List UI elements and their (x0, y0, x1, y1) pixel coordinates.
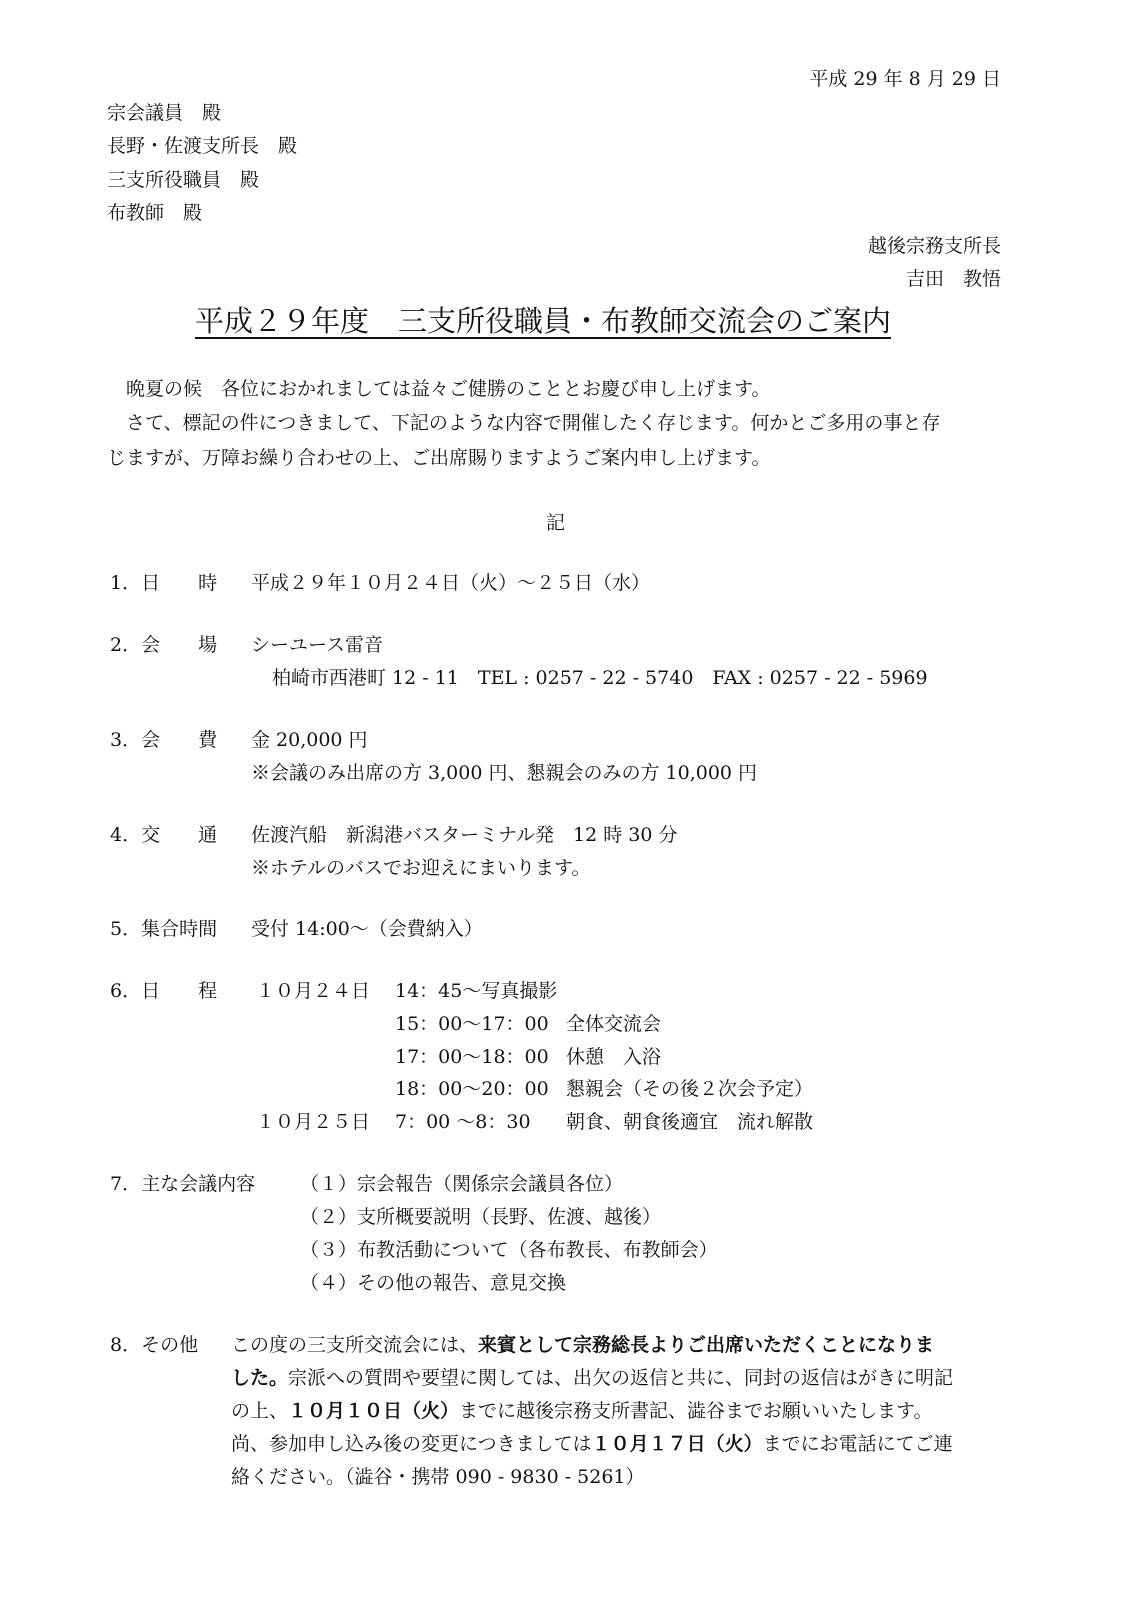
other-text: の上、 (231, 1400, 288, 1422)
other-line: の上、１０月１０日（火）までに越後宗務支所書記、澁谷までお願いいたします。 (231, 1402, 933, 1421)
other-emphasis: した。 (231, 1367, 288, 1389)
other-text: この度の三支所交流会には、 (231, 1334, 478, 1356)
sender-name: 吉田 教悟 (906, 270, 1001, 289)
item-label: 8．その他 (110, 1336, 198, 1355)
schedule-day: １０月２５日 (256, 1113, 370, 1132)
recipient: 三支所役職員 殿 (107, 171, 259, 190)
agenda-item: （１）宗会報告（関係宗会議員各位） (300, 1175, 623, 1194)
item-value: 佐渡汽船 新潟港バスターミナル発 12 時 30 分 (251, 826, 678, 845)
schedule-time: 18：00～20：00 (395, 1080, 549, 1099)
other-line: 尚、参加申し込み後の変更につきましては１０月１７日（火）までにお電話にてご連 (231, 1435, 953, 1454)
item-value: シーユース雷音 (251, 636, 383, 655)
other-text: までに越後宗務支所書記、澁谷までお願いいたします。 (459, 1400, 932, 1422)
item-label: 7．主な会議内容 (110, 1175, 255, 1194)
schedule-event: 朝食、朝食後適宜 流れ解散 (566, 1113, 813, 1132)
agenda-item: （２）支所概要説明（長野、佐渡、越後） (300, 1208, 661, 1227)
item-label: 2．会 場 (110, 636, 217, 655)
recipient: 布教師 殿 (107, 204, 202, 223)
schedule-event: 全体交流会 (566, 1015, 661, 1034)
letter-date: 平成 29 年 8 月 29 日 (809, 70, 1001, 89)
item-label: 3．会 費 (110, 731, 217, 750)
schedule-event: 休憩 入浴 (566, 1048, 661, 1067)
other-text: までにお電話にてご連 (763, 1433, 953, 1455)
schedule-time: 14：45～写真撮影 (395, 982, 557, 1001)
ki-heading: 記 (546, 514, 565, 533)
document-title: 平成２９年度 三支所役職員・布教師交流会のご案内 (195, 307, 891, 336)
agenda-item: （４）その他の報告、意見交換 (300, 1274, 566, 1293)
intro-line: じますが、万障お繰り合わせの上、ご出席賜りますようご案内申し上げます。 (107, 449, 770, 468)
intro-line: さて、標記の件につきまして、下記のような内容で開催したく存じます。何かとご多用の… (126, 414, 940, 433)
item-label: 5．集合時間 (110, 920, 217, 939)
intro-line: 晩夏の候 各位におかれましては益々ご健勝のこととお慶び申し上げます。 (126, 380, 770, 399)
deadline-date: １０月１０日（火） (288, 1400, 459, 1422)
item-label: 4．交 通 (110, 826, 217, 845)
schedule-time: 7：00 ～8：30 (395, 1113, 531, 1132)
item-sub: 柏崎市西港町 12 - 11 TEL : 0257 - 22 - 5740 FA… (272, 669, 928, 688)
item-value: 受付 14:00～（会費納入） (251, 920, 483, 939)
other-line: した。宗派への質問や要望に関しては、出欠の返信と共に、同封の返信はがきに明記 (231, 1369, 953, 1388)
schedule-event: 懇親会（その後２次会予定） (566, 1080, 813, 1099)
schedule-time: 15：00～17：00 (395, 1015, 549, 1034)
other-emphasis: 来賓として宗務総長よりご出席いただくことになりま (478, 1334, 934, 1356)
sender-title: 越後宗務支所長 (868, 237, 1001, 256)
schedule-time: 17：00～18：00 (395, 1048, 549, 1067)
item-label: 6．日 程 (110, 982, 217, 1001)
item-value: 金 20,000 円 (251, 731, 368, 750)
other-text: 宗派への質問や要望に関しては、出欠の返信と共に、同封の返信はがきに明記 (288, 1367, 953, 1389)
other-line: 絡ください。（澁谷・携帯 090 - 9830 - 5261） (231, 1468, 645, 1487)
change-deadline-date: １０月１７日（火） (592, 1433, 763, 1455)
recipient: 長野・佐渡支所長 殿 (107, 137, 297, 156)
item-sub: ※ホテルのバスでお迎えにまいります。 (251, 859, 591, 878)
other-line: この度の三支所交流会には、来賓として宗務総長よりご出席いただくことになりま (231, 1336, 934, 1355)
agenda-item: （３）布教活動について（各布教長、布教師会） (300, 1241, 718, 1260)
item-label: 1．日 時 (110, 574, 217, 593)
schedule-day: １０月２４日 (256, 982, 370, 1001)
item-value: 平成２９年１０月２４日（火）～２５日（水） (251, 574, 650, 593)
other-text: 尚、参加申し込み後の変更につきましては (231, 1433, 592, 1455)
recipient: 宗会議員 殿 (107, 104, 221, 123)
item-sub: ※会議のみ出席の方 3,000 円、懇親会のみの方 10,000 円 (251, 764, 757, 783)
